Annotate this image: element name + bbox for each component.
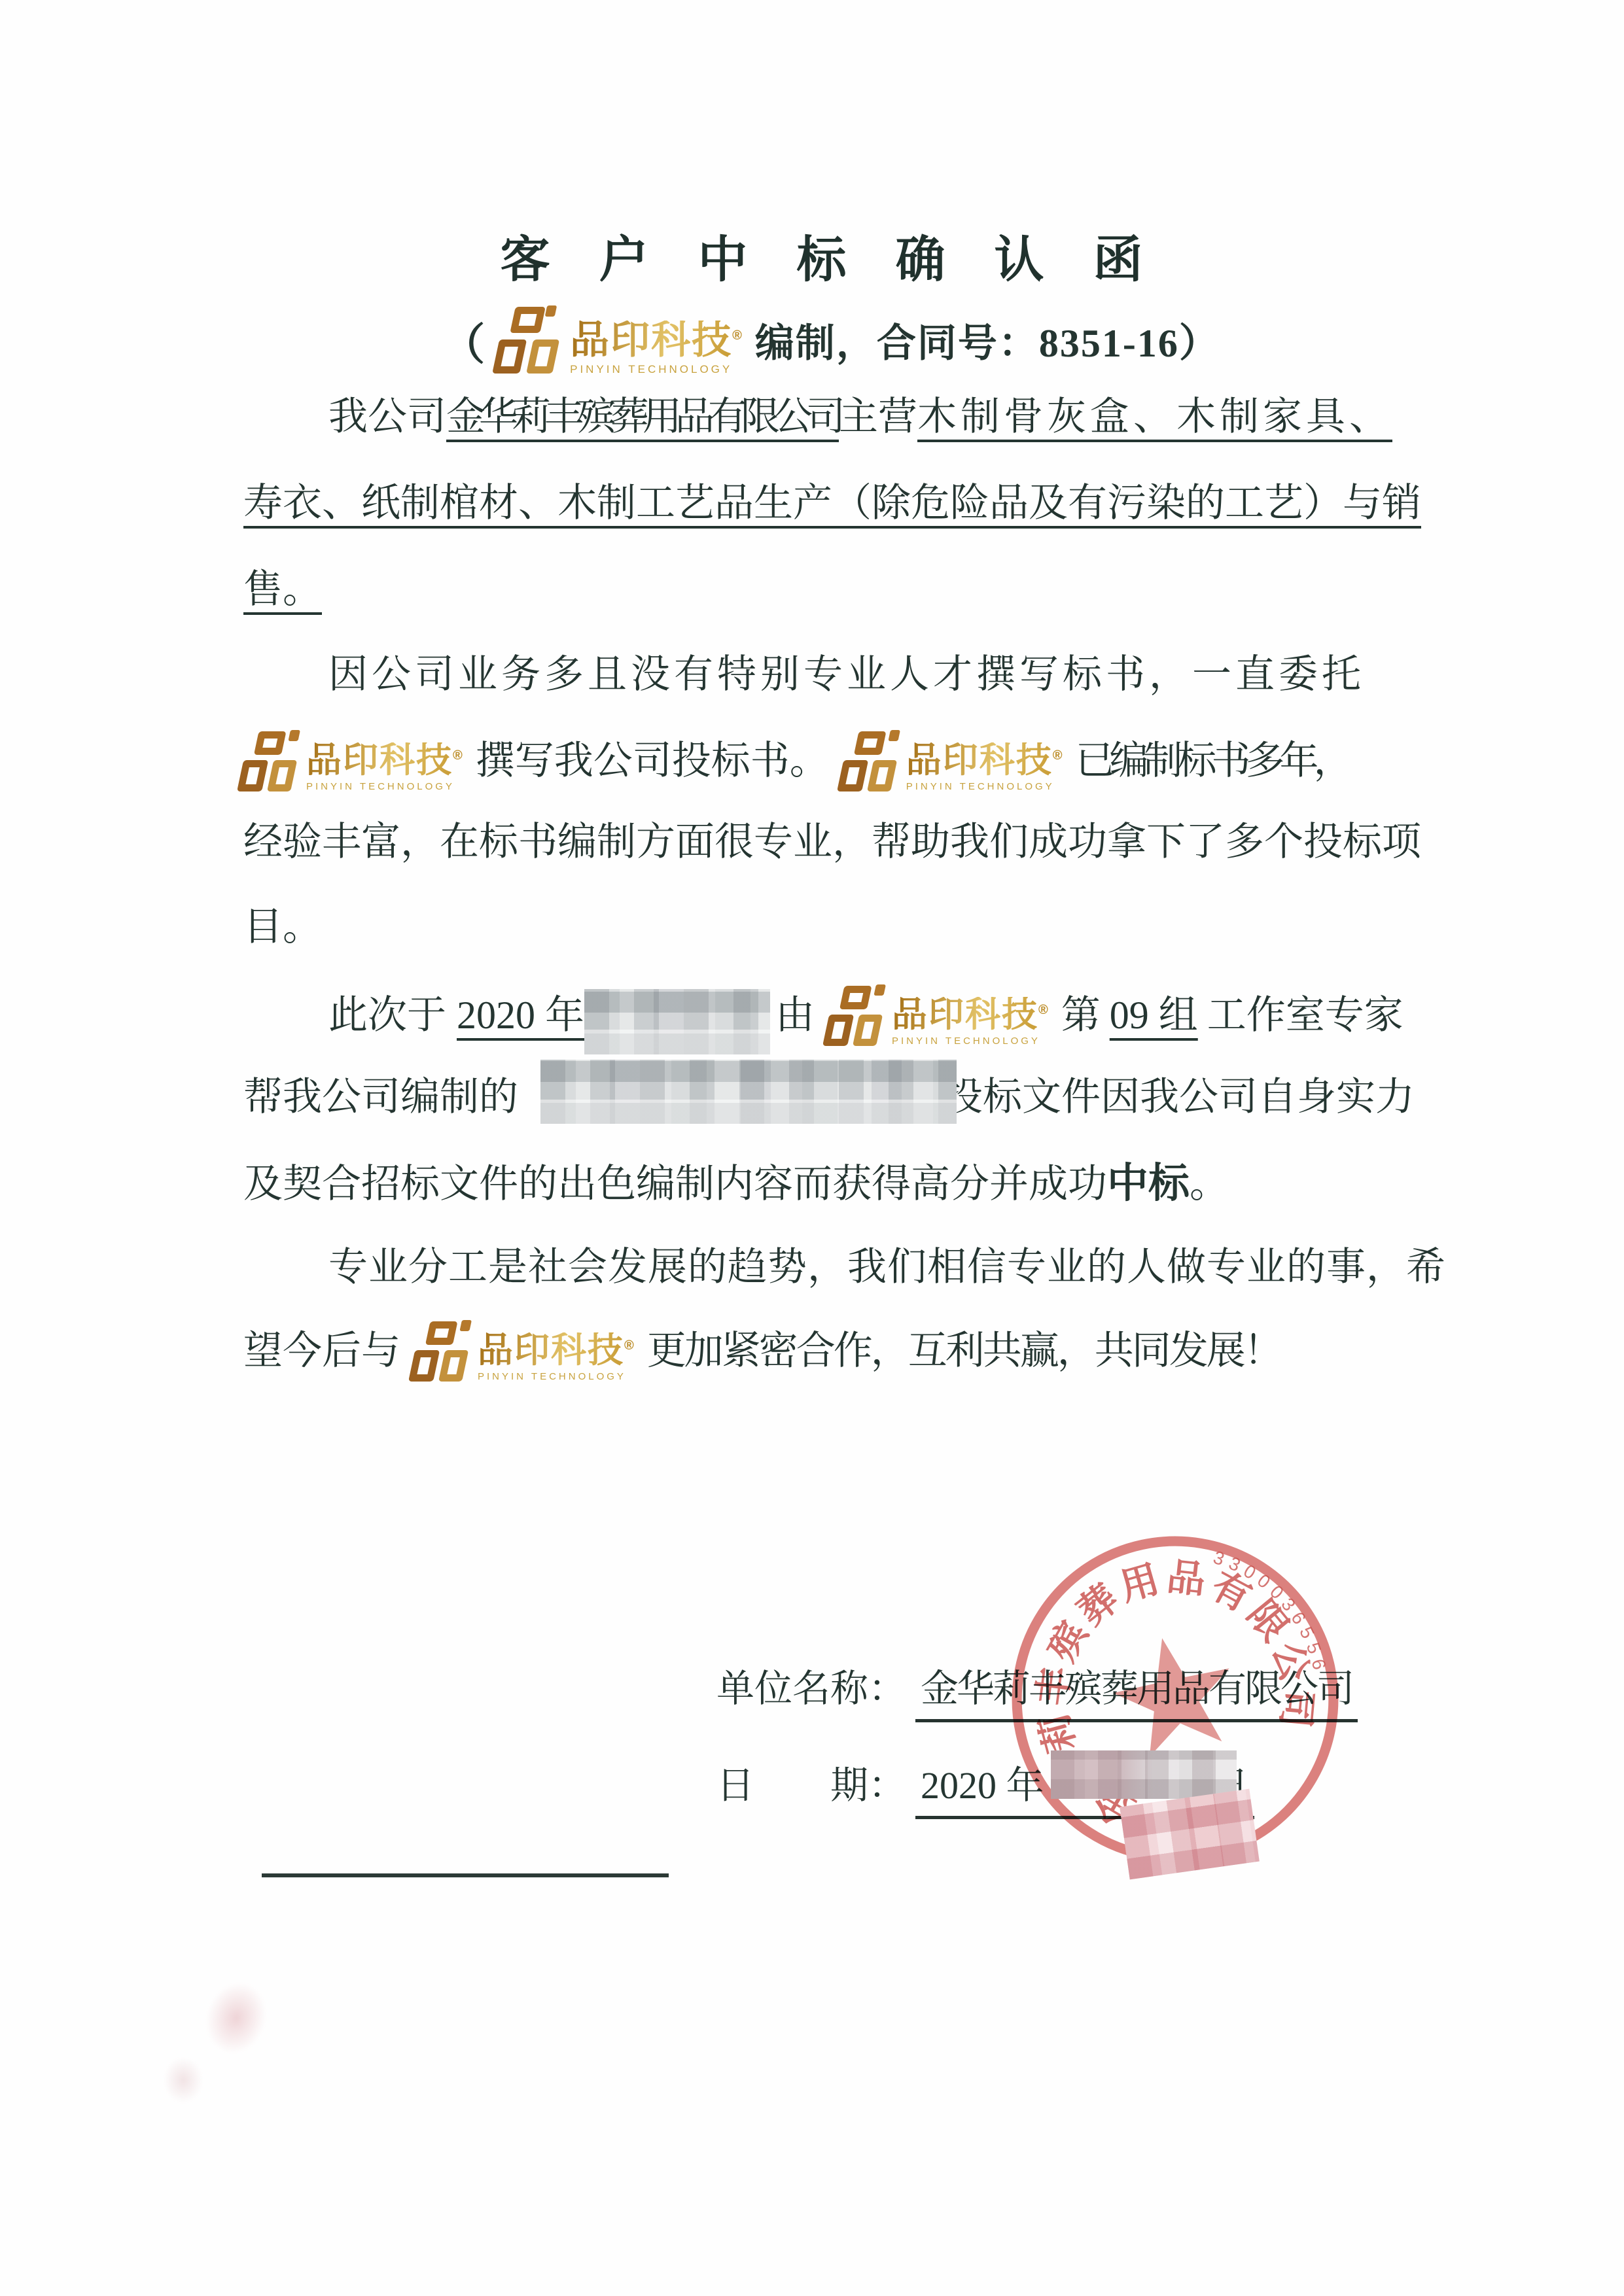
page-title: 客 户 中 标 确 认 函	[243, 220, 1418, 291]
pinyin-logo: 品印科技® PINYIN TECHNOLOGY	[499, 305, 743, 375]
paragraph1-line1: 我公司金华莉丰殡葬用品有限公司主营木制骨灰盒、木制家具、	[243, 394, 1513, 440]
redaction-block-date1	[584, 989, 770, 1054]
p1-lead: 我公司	[328, 395, 446, 438]
p3-year-underlined: 2020 年	[457, 993, 584, 1038]
p1-products-underlined: 木制骨灰盒、木制家具、	[917, 395, 1392, 438]
paragraph3-line3: 及契合招标文件的出色编制内容而获得高分并成功中标。	[243, 1160, 1428, 1207]
pinyin-logo-icon	[237, 730, 304, 791]
pinyin-logo: 品印科技®PINYIN TECHNOLOGY	[843, 730, 1064, 791]
pinyin-logo: 品印科技®PINYIN TECHNOLOGY	[829, 984, 1050, 1046]
logo-subtext: PINYIN TECHNOLOGY	[906, 782, 1055, 791]
redaction-block-project	[540, 1060, 957, 1124]
paragraph3-line1: 此次于 2020 年 由 品印科技®PINYIN TECHNOLOGY 第 09…	[243, 969, 1428, 1061]
logo-subtext: PINYIN TECHNOLOGY	[570, 364, 732, 375]
pinyin-logo-icon	[837, 730, 904, 791]
subtitle-line: （ 品印科技® PINYIN TECHNOLOGY 编制，合同号：8351-16…	[243, 291, 1418, 389]
p3-group-underlined: 09 组	[1110, 993, 1198, 1038]
registered-mark: ®	[1053, 748, 1064, 763]
pinyin-logo: 品印科技®PINYIN TECHNOLOGY	[415, 1320, 635, 1382]
logo-subtext: PINYIN TECHNOLOGY	[306, 782, 455, 791]
p3-lead: 此次于	[243, 993, 446, 1038]
paragraph4-line2: 望今后与 品印科技®PINYIN TECHNOLOGY 更加紧密合作，互利共赢，…	[243, 1305, 1428, 1397]
p3-zhongbiao-bold: 中标	[1107, 1160, 1190, 1206]
scan-smudge	[164, 2057, 203, 2103]
p4-tail: 更加紧密合作，互利共赢，共同发展！	[647, 1329, 1281, 1374]
paragraph1-line3: 售。	[243, 567, 1428, 612]
pinyin-logo-icon	[492, 305, 569, 375]
p3-tail: 工作室专家	[1207, 993, 1403, 1038]
stamp-star	[1104, 1626, 1243, 1761]
logo-wordmark: 品印科技®	[570, 321, 743, 360]
paragraph1-line2: 寿衣、纸制棺材、木制工艺品生产（除危险品及有污染的工艺）与销	[243, 481, 1428, 526]
confirmation-letter-page: 客 户 中 标 确 认 函 （ 品印科技® PINYIN TECHNOLOGY …	[0, 0, 1624, 2296]
signature-rule	[262, 1873, 669, 1877]
registered-mark: ®	[732, 328, 743, 343]
pinyin-logo-icon	[408, 1320, 475, 1382]
p4-lead: 望今后与	[243, 1329, 400, 1374]
p1-mid: 主营	[839, 395, 917, 438]
pinyin-logo: 品印科技®PINYIN TECHNOLOGY	[243, 730, 464, 791]
p2-text-a: 撰写我公司投标书。	[476, 739, 829, 784]
logo-wordmark: 品印科技®	[906, 742, 1064, 778]
subtitle-text: 编制，合同号：8351-16）	[755, 312, 1220, 368]
registered-mark: ®	[1038, 1003, 1050, 1017]
p1-company-underlined: 金华莉丰殡葬用品有限公司	[446, 395, 839, 438]
redaction-block-month	[1051, 1750, 1237, 1799]
paragraph2-line3: 经验丰富，在标书编制方面很专业，帮助我们成功拿下了多个投标项	[243, 820, 1428, 865]
registered-mark: ®	[624, 1338, 635, 1353]
logo-wordmark: 品印科技®	[892, 997, 1050, 1032]
pinyin-logo-icon	[822, 984, 889, 1046]
logo-subtext: PINYIN TECHNOLOGY	[478, 1372, 626, 1382]
scan-smudge	[197, 1975, 275, 2061]
paragraph2-line2: 品印科技®PINYIN TECHNOLOGY 撰写我公司投标书。 品印科技®PI…	[243, 715, 1428, 807]
date-label: 日 期：	[716, 1764, 906, 1807]
company-label: 单位名称：	[716, 1667, 906, 1710]
p3-by: 由	[775, 993, 815, 1038]
logo-subtext: PINYIN TECHNOLOGY	[892, 1036, 1040, 1046]
logo-wordmark: 品印科技®	[478, 1332, 635, 1368]
logo-wordmark: 品印科技®	[306, 742, 464, 778]
p2-text-b: 已编制标书多年，	[1076, 739, 1348, 784]
registered-mark: ®	[453, 748, 464, 763]
paragraph2-line4: 目。	[243, 905, 1428, 950]
p3-ordinal: 第	[1061, 993, 1101, 1038]
paragraph2-line1: 因公司业务多且没有特别专业人才撰写标书，一直委托	[243, 652, 1513, 697]
paragraph4-line1: 专业分工是社会发展的趋势，我们相信专业的人做专业的事，希	[243, 1245, 1513, 1290]
open-paren: （	[442, 309, 485, 372]
